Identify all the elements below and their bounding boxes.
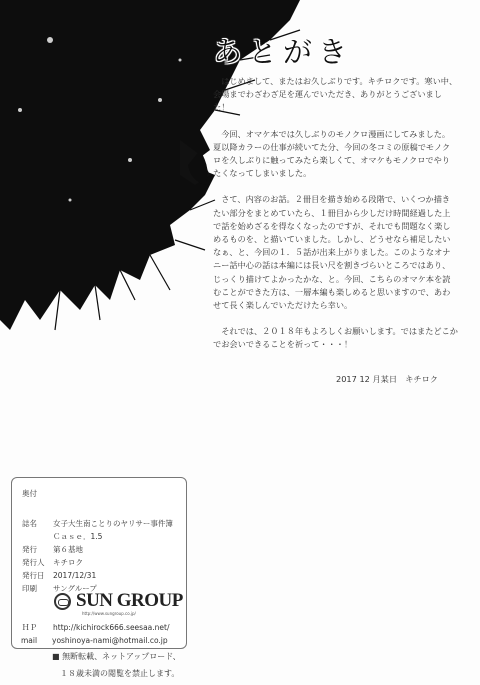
logo-text: SUN GROUP xyxy=(76,590,183,612)
colophon-box: 奥付 誌名女子大生南ことりのヤリサー事件簿 Ｃａｓｅ．1.5 発行第６基地 発行… xyxy=(11,477,187,649)
afterword-paragraph: 今回、オマケ本では久しぶりのモノクロ漫画にしてみました。夏以降カラーの仕事が続い… xyxy=(213,128,458,181)
colophon-value: 第６基地 xyxy=(53,545,83,554)
sun-group-logo-icon xyxy=(54,593,71,610)
colophon-row-date: 発行日2017/12/31 xyxy=(22,570,96,581)
colophon-key: 誌名 xyxy=(22,518,53,529)
notice-line: １８歳未満の閲覧を禁止します。 xyxy=(52,665,181,682)
afterword-paragraph: それでは、２０１８年もよろしくお願いします。ではまたどこかでお会いできることを祈… xyxy=(213,325,458,351)
colophon-value: 女子大生南ことりのヤリサー事件簿 xyxy=(53,519,173,528)
colophon-key: 印刷 xyxy=(22,583,53,594)
afterword-signature: 2017 12 月某日 キチロク xyxy=(336,374,438,385)
colophon-key: 発行 xyxy=(22,544,53,555)
colophon-row-publisher: 発行第６基地 xyxy=(22,544,83,555)
colophon-key: 発行日 xyxy=(22,570,53,581)
colophon-value: Ｃａｓｅ．1.5 xyxy=(53,532,102,541)
homepage-link[interactable]: http://kichirock666.seesaa.net/ xyxy=(53,623,170,632)
colophon-key: ＨＰ xyxy=(22,622,53,633)
sun-group-logo: SUN GROUP http://www.sungroup.co.jp/ xyxy=(54,591,184,619)
colophon-row-homepage: ＨＰhttp://kichirock666.seesaa.net/ xyxy=(22,622,170,633)
colophon-value: キチロク xyxy=(53,558,83,567)
colophon-row-title: 誌名女子大生南ことりのヤリサー事件簿 xyxy=(22,518,173,529)
mail-link[interactable]: yoshinoya-nami@hotmail.co.jp xyxy=(52,636,168,645)
colophon-key: 発行人 xyxy=(22,557,53,568)
colophon-heading: 奥付 xyxy=(22,488,37,499)
logo-url: http://www.sungroup.co.jp/ xyxy=(82,611,136,616)
colophon-value: 2017/12/31 xyxy=(53,571,96,580)
colophon-row-case: Ｃａｓｅ．1.5 xyxy=(22,531,102,542)
afterword-body: はじめまして、またはお久しぶりです。キチロクです。寒い中、会場までわざわざ足を運… xyxy=(213,75,458,365)
colophon-row-author: 発行人キチロク xyxy=(22,557,83,568)
afterword-paragraph: はじめまして、またはお久しぶりです。キチロクです。寒い中、会場までわざわざ足を運… xyxy=(213,75,458,115)
colophon-key: mail xyxy=(21,636,52,645)
afterword-title: あとがき xyxy=(213,30,353,71)
prohibition-notice: ■ 無断転載、ネットアップロード、 １８歳未満の閲覧を禁止します。 xyxy=(52,648,181,682)
afterword-paragraph: さて、内容のお話。２冊目を描き始める段階で、いくつか描きたい部分をまとめていたら… xyxy=(213,193,458,312)
notice-line: ■ 無断転載、ネットアップロード、 xyxy=(52,648,181,665)
colophon-row-mail: mailyoshinoya-nami@hotmail.co.jp xyxy=(21,636,168,645)
